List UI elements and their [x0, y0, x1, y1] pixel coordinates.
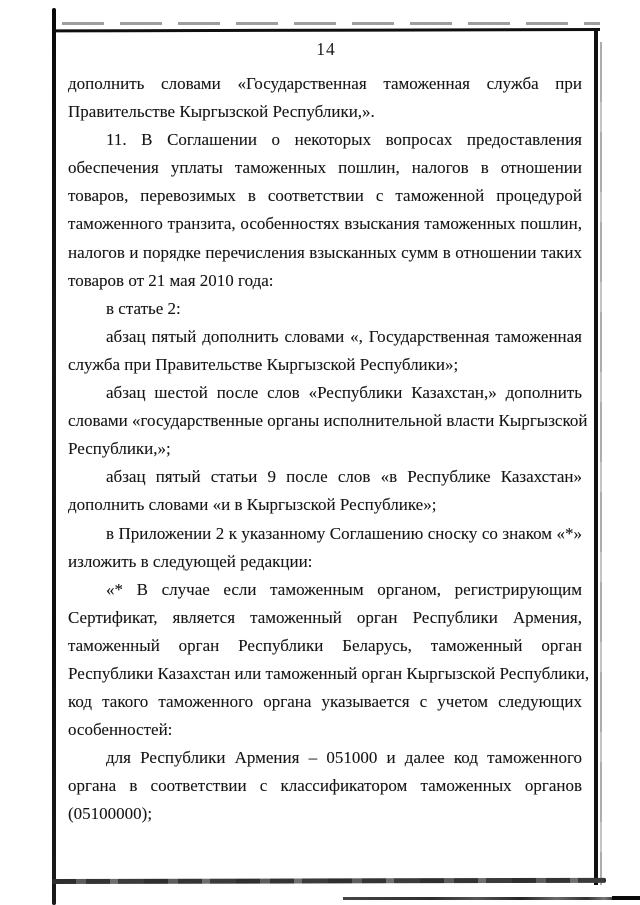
- text-line: для Республики Армения – 051000 и далее …: [68, 744, 582, 772]
- text-line: «* В случае если таможенным органом, рег…: [68, 576, 582, 604]
- page-number: 14: [52, 39, 600, 60]
- text-line: таможенного транзита, особенностях взыск…: [68, 210, 582, 238]
- frame-right-border: [594, 29, 598, 885]
- text-line: словами «государственные органы исполнит…: [68, 407, 582, 435]
- document-text: дополнить словами «Государственная тамож…: [68, 70, 582, 829]
- text-line: особенностей:: [68, 716, 582, 744]
- text-line: в статье 2:: [68, 295, 582, 323]
- text-line: изложить в следующей редакции:: [68, 548, 582, 576]
- text-line: абзац пятый дополнить словами «, Государ…: [68, 323, 582, 351]
- text-line: обеспечения уплаты таможенных пошлин, на…: [68, 154, 582, 182]
- text-line: абзац пятый статьи 9 после слов «в Респу…: [68, 463, 582, 491]
- scan-artifact-line: [343, 897, 640, 900]
- text-line: в Приложении 2 к указанному Соглашению с…: [68, 520, 582, 548]
- text-line: таможенный орган Республики Беларусь, та…: [68, 632, 582, 660]
- frame-top-border: [53, 28, 600, 32]
- text-line: Сертификат, является таможенный орган Ре…: [68, 604, 582, 632]
- text-line: Республики Казахстан или таможенный орга…: [68, 660, 582, 688]
- text-line: служба при Правительстве Кыргызской Респ…: [68, 351, 582, 379]
- text-line: (05100000);: [68, 800, 582, 828]
- frame-bottom-border: [52, 878, 606, 884]
- text-line: Правительстве Кыргызской Республики,».: [68, 98, 582, 126]
- scan-artifact-line-cap: [612, 896, 640, 900]
- text-line: код такого таможенного органа указываетс…: [68, 688, 582, 716]
- text-line: абзац шестой после слов «Республики Каза…: [68, 379, 582, 407]
- right-border-scan-shadow: [600, 42, 603, 885]
- text-line: налогов и порядке перечисления взысканны…: [68, 239, 582, 267]
- text-line: товаров, перевозимых в соответствии с та…: [68, 182, 582, 210]
- top-border-scan-shadow: [62, 22, 600, 25]
- text-line: дополнить словами «Государственная тамож…: [68, 70, 582, 98]
- text-line: 11. В Соглашении о некоторых вопросах пр…: [68, 126, 582, 154]
- text-line: Республики,»;: [68, 435, 582, 463]
- scanned-document-page: 14 дополнить словами «Государственная та…: [0, 0, 640, 905]
- text-line: дополнить словами «и в Кыргызской Респуб…: [68, 491, 582, 519]
- left-margin-rule: [52, 8, 56, 905]
- text-line: органа в соответствии с классификатором …: [68, 772, 582, 800]
- text-line: товаров от 21 мая 2010 года:: [68, 267, 582, 295]
